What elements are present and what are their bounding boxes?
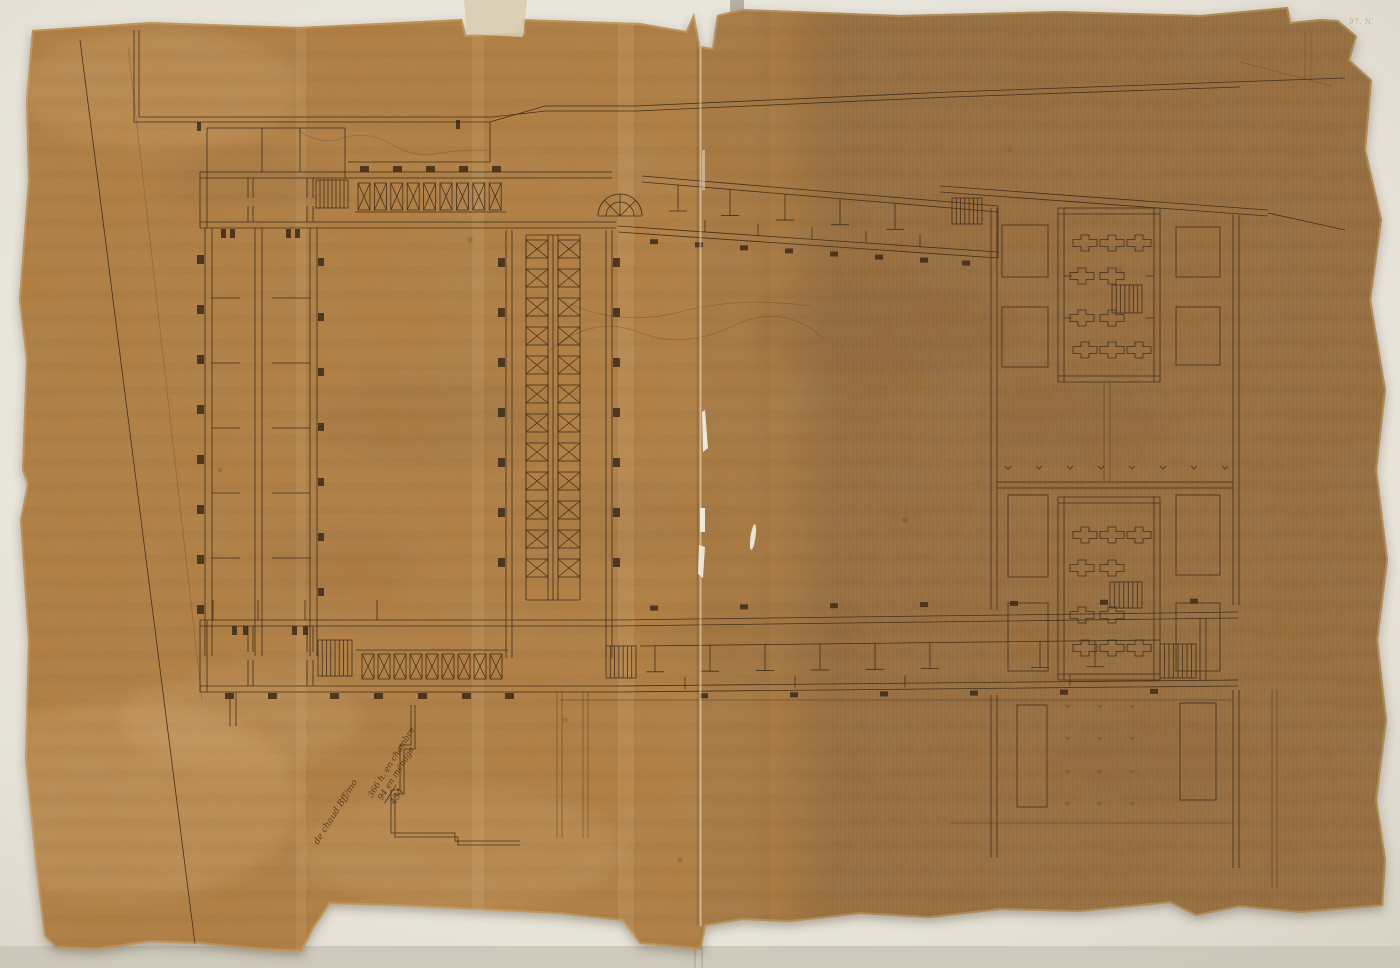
- paper-content: 366 h. en chambre 94 en ménage 434 de ch…: [0, 0, 1400, 968]
- scanned-plan-sheet: 97. N.: [0, 0, 1400, 968]
- archival-plan-scan: 97. N.: [0, 0, 1400, 968]
- tape-patch: [464, 0, 527, 37]
- corner-pencil-mark: 97. N.: [1349, 18, 1374, 26]
